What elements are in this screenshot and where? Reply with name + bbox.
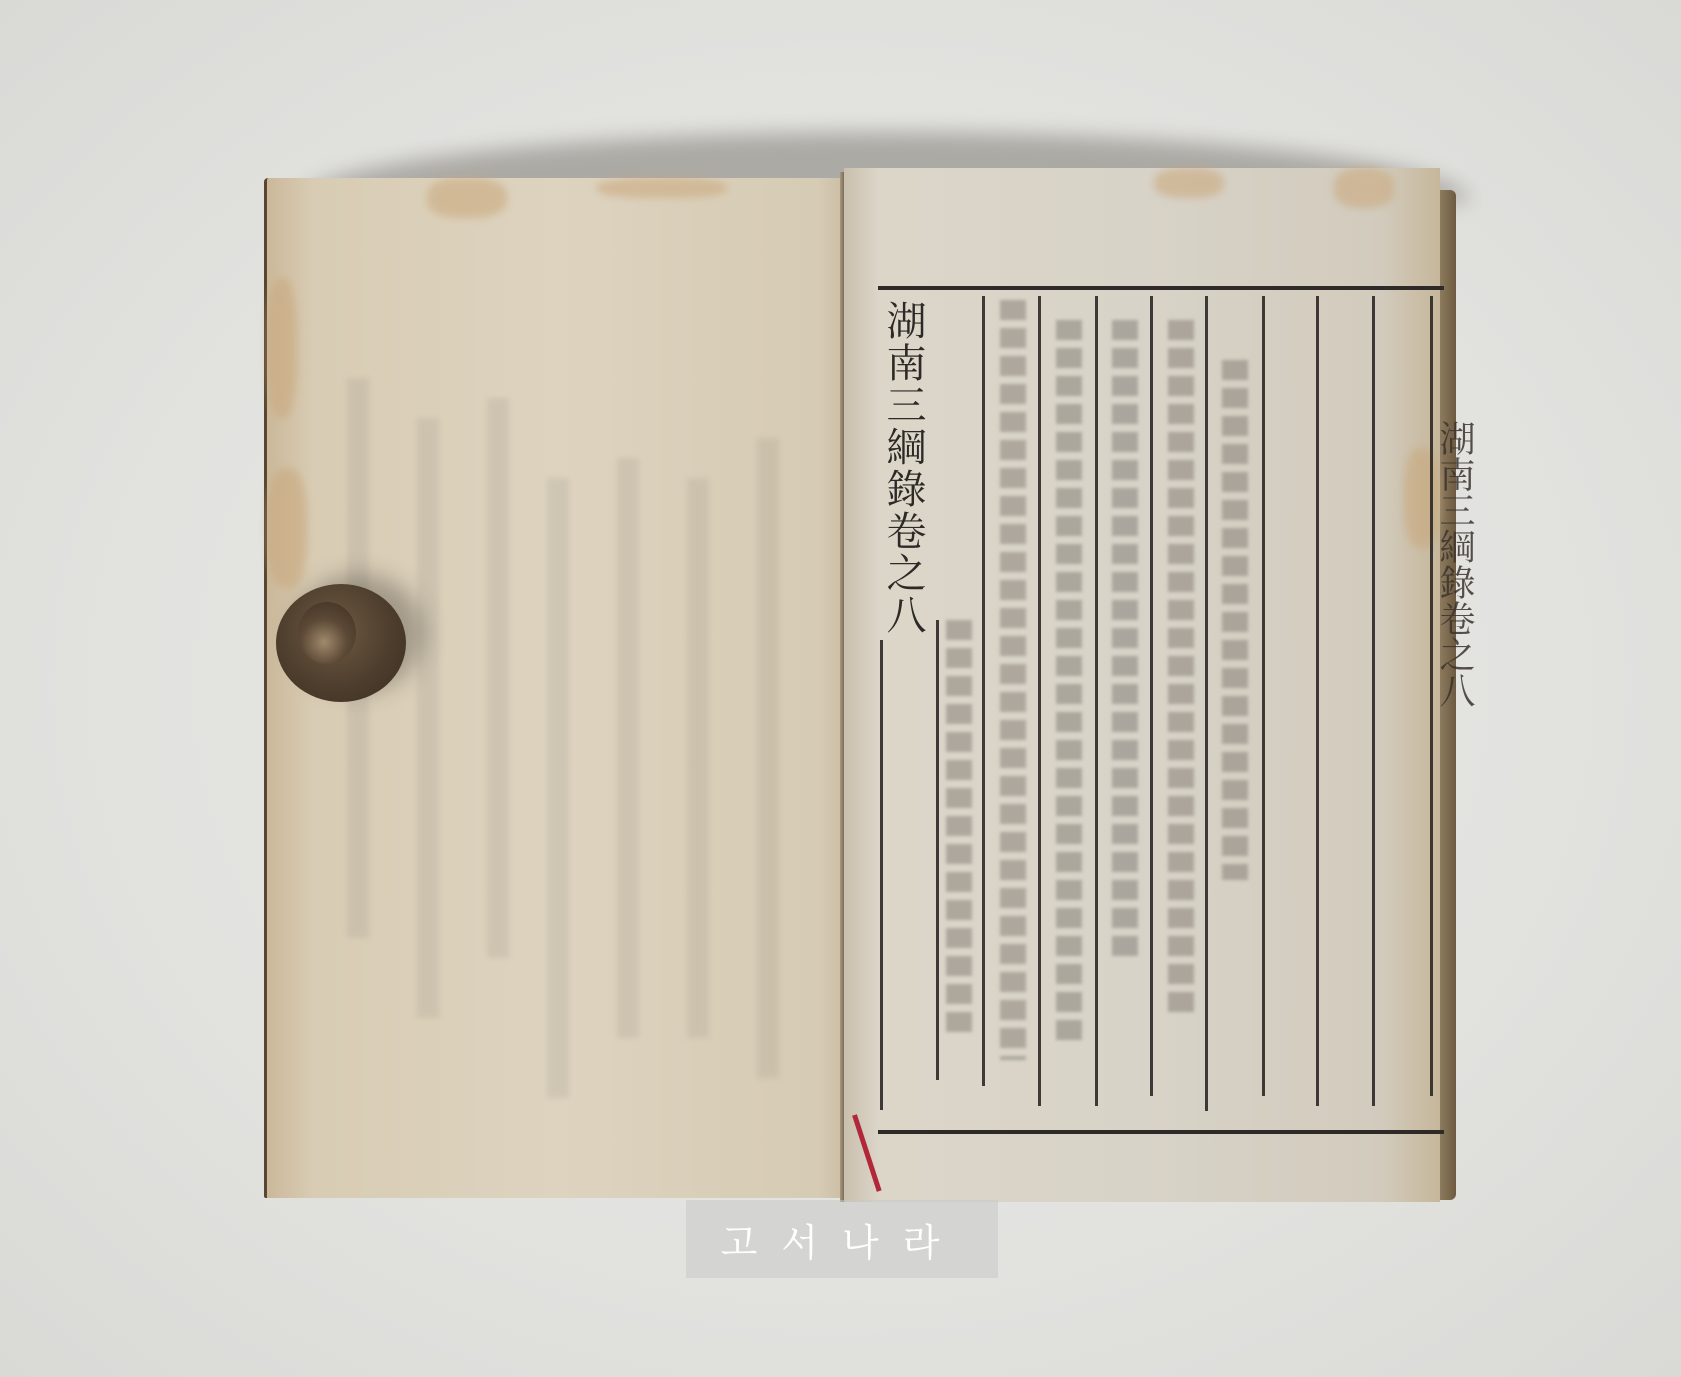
column-rule <box>1150 296 1153 1096</box>
column-rule <box>1372 296 1375 1106</box>
column-rule <box>1430 296 1433 1096</box>
column-rule <box>880 640 883 1110</box>
volume-title: 湖南三綱錄卷之八 <box>880 300 926 636</box>
column-rule <box>1095 296 1098 1106</box>
column-rule <box>1316 296 1319 1106</box>
faded-text-column <box>1112 320 1138 960</box>
faded-text-column <box>1168 320 1194 1020</box>
column-rule <box>936 620 939 1080</box>
column-rule <box>1262 296 1265 1096</box>
faded-text-column <box>1000 300 1026 1060</box>
watermark: 고서나라 <box>686 1200 998 1278</box>
volume-title-edge: 湖南三綱錄卷之八 <box>1434 420 1474 708</box>
column-rule <box>982 296 985 1086</box>
faded-text-column <box>1056 320 1082 1040</box>
paperweight <box>276 584 406 702</box>
paperweight-knob <box>298 602 356 664</box>
faded-text-column <box>1222 360 1248 880</box>
column-rule <box>1038 296 1041 1106</box>
column-rule <box>1205 296 1208 1111</box>
faded-text-column <box>946 620 972 1040</box>
